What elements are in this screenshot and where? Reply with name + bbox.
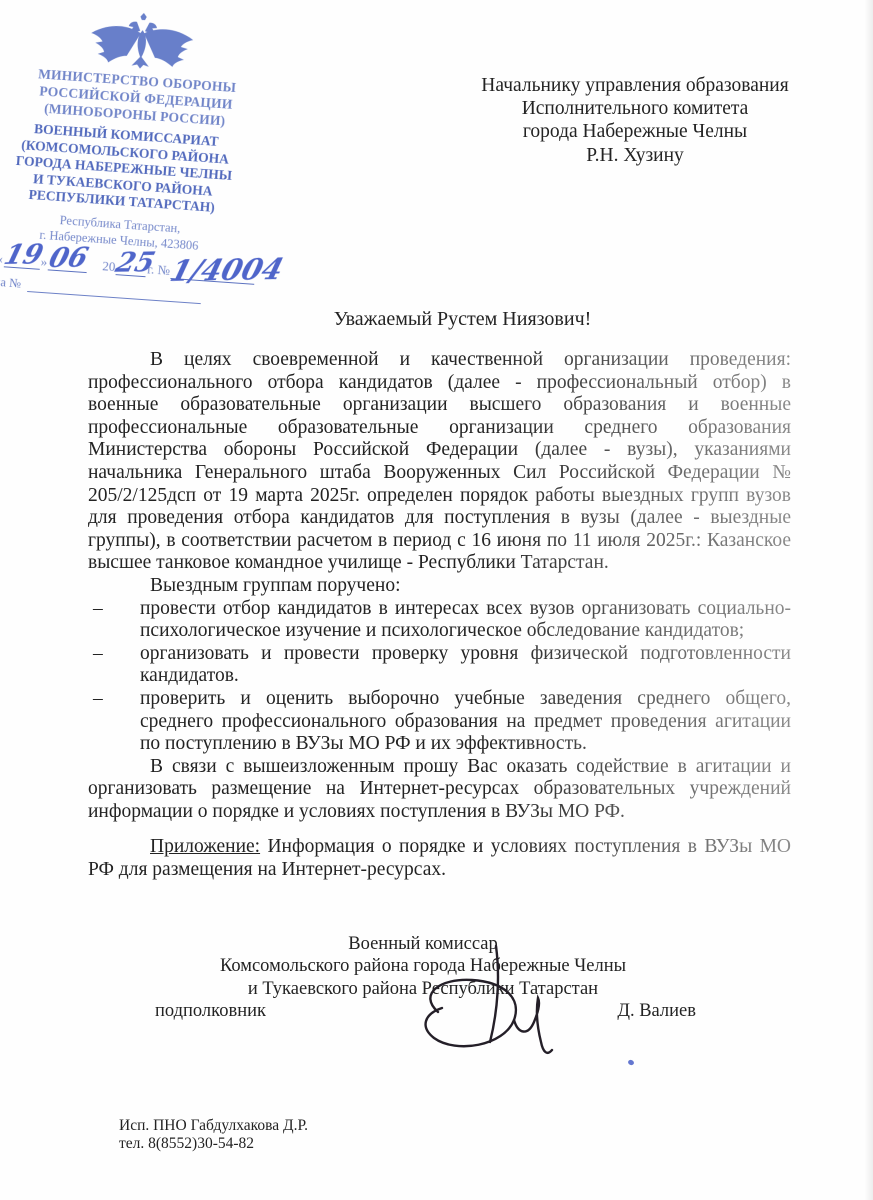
attachment-label: Приложение: [150,836,260,857]
day-value: 19 [2,248,43,263]
recipient-line: города Набережные Челны [445,120,825,143]
bullet-item: – провести отбор кандидатов в интересах … [88,598,791,643]
dash-marker: – [93,598,103,621]
executor-note: Исп. ПНО Габдулхакова Д.Р. тел. 8(8552)3… [119,1117,308,1152]
executor-name: Исп. ПНО Габдулхакова Д.Р. [119,1117,308,1135]
recipient-line: Исполнительного комитета [445,97,825,120]
signature-ink [400,942,590,1072]
paragraph-request: В связи с вышеизложенным прошу Вас оказа… [88,756,791,824]
bullet-item: – организовать и провести проверку уровн… [88,643,791,688]
commissariat-title: ВОЕННЫЙ КОМИССАРИАТ (КОМСОМОЛЬСКОГО РАЙО… [0,119,251,219]
recipient-line: Начальнику управления образования [445,74,825,97]
signature-rank: подполковник [155,1000,266,1022]
ref-number-label: на № [0,274,22,291]
scan-edge-shadow [864,0,873,1200]
letter-body: В целях своевременной и качественной орг… [88,349,791,882]
bullet-text: организовать и провести проверку уровня … [140,643,791,687]
attachment-paragraph: Приложение: Информация о порядке и услов… [88,836,791,881]
recipient-block: Начальнику управления образования Исполн… [445,74,825,167]
number-blank: 1/4004 [170,258,255,284]
mod-eagle-emblem-icon [85,7,199,75]
signature-name: Д. Валиев [617,1000,696,1022]
year-suffix: г. № [146,261,172,279]
letterhead-stamp: МИНИСТЕРСТВО ОБОРОНЫ РОССИЙСКОЙ ФЕДЕРАЦИ… [0,1,273,307]
year-blank: 25 [116,255,147,277]
month-value: 06 [48,251,89,266]
paragraph-main: В целях своевременной и качественной орг… [88,349,791,575]
scanned-letter-page: МИНИСТЕРСТВО ОБОРОНЫ РОССИЙСКОЙ ФЕДЕРАЦИ… [0,0,873,1200]
bullet-list: – провести отбор кандидатов в интересах … [88,598,791,756]
dash-marker: – [93,688,103,711]
paragraph-list-intro: Выездным группам поручено: [88,575,791,598]
bullet-text: проверить и оценить выборочно учебные за… [140,688,791,754]
dash-marker: – [93,643,103,666]
recipient-line: Р.Н. Хузину [445,144,825,167]
ink-dot-artifact [627,1059,635,1066]
doc-number-value: 1/4004 [169,261,284,277]
day-blank: 19 [3,247,40,269]
bullet-text: провести отбор кандидатов в интересах вс… [140,598,791,642]
bullet-item: – проверить и оценить выборочно учебные … [88,688,791,756]
executor-phone: тел. 8(8552)30-54-82 [119,1135,308,1153]
month-blank: 06 [48,250,89,273]
salutation: Уважаемый Рустем Ниязович! [88,308,791,331]
